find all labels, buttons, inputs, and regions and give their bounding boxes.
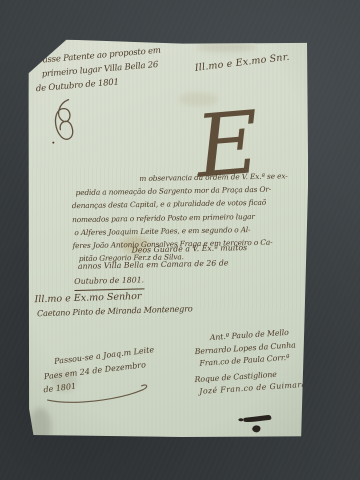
addressee-name: Caetano Pinto de Miranda Montenegro: [37, 303, 193, 318]
rubric-flourish-icon: [46, 96, 86, 152]
closing-date-underlined: Outubro de 1801.: [74, 272, 144, 291]
paper-stain: [197, 42, 257, 52]
despacho-note: Passe Patente ao proposto em primeiro lu…: [37, 44, 164, 96]
ink-blot: [252, 424, 262, 433]
salutation-bottom: Ill.mo e Ex.mo Senhor: [34, 289, 192, 305]
paper-stain: [29, 408, 51, 448]
signature-block: Ant.º Paulo de Mello Bernardo Lopes da C…: [184, 325, 322, 400]
salutation-top: Ill.mo e Ex.mo Snr.: [194, 52, 290, 74]
closing-date-line: Outubro de 1801.: [74, 270, 248, 291]
addressee-block: Ill.mo e Ex.mo Senhor Caetano Pinto de M…: [34, 289, 192, 318]
ink-blot: [238, 418, 243, 421]
manuscript-paper: Passe Patente ao proposto em primeiro lu…: [27, 40, 308, 438]
closing-block: Deos Guarde a V. Ex.ª muitos annos Villa…: [73, 240, 248, 291]
ink-blot: [243, 415, 271, 423]
